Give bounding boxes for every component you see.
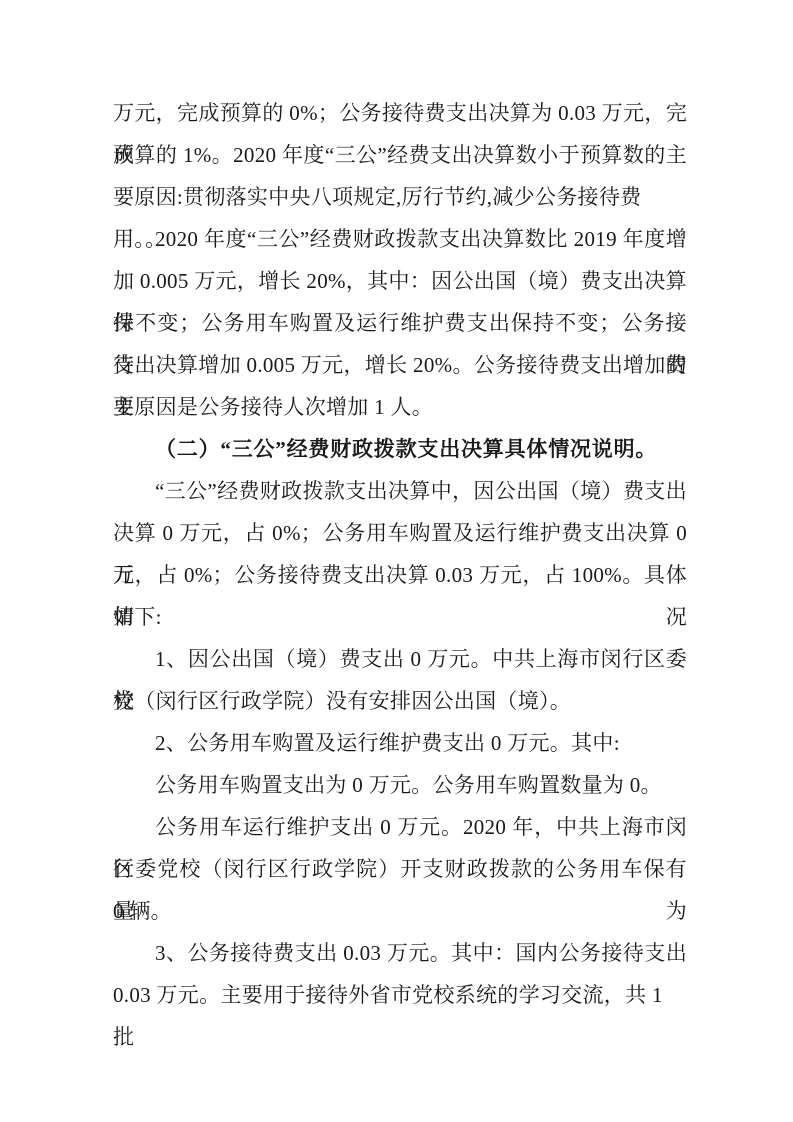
text-line: 公务用车运行维护支出 0 万元。2020 年，中共上海市闵行 — [113, 806, 687, 848]
document-page: 万元，完成预算的 0%；公务接待费支出决算为 0.03 万元，完成预算的 1%。… — [0, 0, 793, 1122]
text-line: 加 0.005 万元，增长 20%，其中：因公出国（境）费支出决算保 — [113, 260, 687, 302]
text-line: 支出决算增加 0.005 万元，增长 20%。公务接待费支出增加的主 — [113, 344, 687, 386]
text-line: “三公”经费财政拨款支出决算中，因公出国（境）费支出 — [113, 470, 687, 512]
text-line: 2、公务用车购置及运行维护费支出 0 万元。其中: — [113, 722, 687, 764]
paragraph: 2、公务用车购置及运行维护费支出 0 万元。其中: — [113, 722, 687, 764]
paragraph: 公务用车运行维护支出 0 万元。2020 年，中共上海市闵行区委党校（闵行区行政… — [113, 806, 687, 932]
paragraph: 1、因公出国（境）费支出 0 万元。中共上海市闵行区委党校（闵行区行政学院）没有… — [113, 638, 687, 722]
text-line: （二）“三公”经费财政拨款支出决算具体情况说明。 — [113, 428, 687, 470]
text-line: 元，占 0%；公务接待费支出决算 0.03 万元，占 100%。具体情况 — [113, 554, 687, 596]
paragraph: 3、公务接待费支出 0.03 万元。其中：国内公务接待支出0.03 万元。主要用… — [113, 932, 687, 1016]
text-line: 决算 0 万元，占 0%；公务用车购置及运行维护费支出决算 0 万 — [113, 512, 687, 554]
text-line: 3、公务接待费支出 0.03 万元。其中：国内公务接待支出 — [113, 932, 687, 974]
text-line: 校（闵行区行政学院）没有安排因公出国（境）。 — [113, 680, 687, 722]
text-line: 公务用车购置支出为 0 万元。公务用车购置数量为 0。 — [113, 764, 687, 806]
text-line: 区委党校（闵行区行政学院）开支财政拨款的公务用车保有量为 — [113, 848, 687, 890]
paragraph: “三公”经费财政拨款支出决算中，因公出国（境）费支出决算 0 万元，占 0%；公… — [113, 470, 687, 638]
paragraph: 2020 年度“三公”经费财政拨款支出决算数比 2019 年度增加 0.005 … — [113, 218, 687, 428]
document-body: 万元，完成预算的 0%；公务接待费支出决算为 0.03 万元，完成预算的 1%。… — [113, 92, 687, 1016]
text-line: 0.03 万元。主要用于接待外省市党校系统的学习交流，共 1 批 — [113, 974, 687, 1016]
text-line: 1、因公出国（境）费支出 0 万元。中共上海市闵行区委党 — [113, 638, 687, 680]
paragraph: 万元，完成预算的 0%；公务接待费支出决算为 0.03 万元，完成预算的 1%。… — [113, 92, 687, 218]
text-line: 要原因:贯彻落实中央八项规定,厉行节约,减少公务接待费用。。 — [113, 176, 687, 218]
section-heading: （二）“三公”经费财政拨款支出决算具体情况说明。 — [113, 428, 687, 470]
text-line: 要原因是公务接待人次增加 1 人。 — [113, 386, 687, 428]
text-line: 2020 年度“三公”经费财政拨款支出决算数比 2019 年度增 — [113, 218, 687, 260]
text-line: 预算的 1%。2020 年度“三公”经费支出决算数小于预算数的主 — [113, 134, 687, 176]
text-line: 万元，完成预算的 0%；公务接待费支出决算为 0.03 万元，完成 — [113, 92, 687, 134]
paragraph: 公务用车购置支出为 0 万元。公务用车购置数量为 0。 — [113, 764, 687, 806]
text-line: 持不变；公务用车购置及运行维护费支出保持不变；公务接待费 — [113, 302, 687, 344]
